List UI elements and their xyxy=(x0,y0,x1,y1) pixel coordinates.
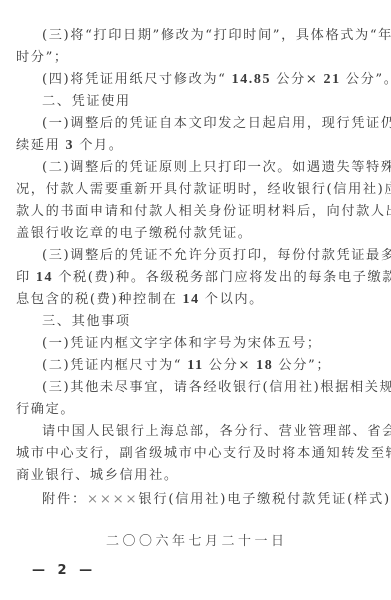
attachment-label: 附件： xyxy=(42,492,87,507)
paragraph-line: 商业银行、城乡信用社。 xyxy=(16,465,373,487)
paragraph-line: 息包含的税(费)种控制在 14 个以内。 xyxy=(16,289,373,311)
paragraph-line: 续延用 3 个月。 xyxy=(16,135,373,157)
document-page: (三)将“打印日期”修改为“打印时间”，具体格式为“年月日时分”；(四)将凭证用… xyxy=(0,0,391,600)
paragraph-line: (二)调整后的凭证原则上只打印一次。如遇遗失等特殊情 xyxy=(42,157,373,179)
attachment-title: 银行(信用社)电子缴税付款凭证(样式) xyxy=(138,492,391,507)
paragraph-line: (三)调整后的凭证不允许分页打印，每份付款凭证最多可打 xyxy=(42,245,373,267)
page-number: — 2 — xyxy=(32,563,96,578)
paragraph-line: (一)调整后的凭证自本文印发之日起启用，现行凭证仍可继 xyxy=(42,113,373,135)
paragraph-line: (三)其他未尽事宜，请各经收银行(信用社)根据相关规定自 xyxy=(42,377,373,399)
paragraph-line: 请中国人民银行上海总部，各分行、营业管理部、省会(首府) xyxy=(42,421,373,443)
paragraph-line: (三)将“打印日期”修改为“打印时间”，具体格式为“年月日 xyxy=(42,25,373,47)
paragraph-line: (二)凭证内框尺寸为“ 11 公分× 18 公分”； xyxy=(42,355,373,377)
paragraph-line: 印 14 个税(费)种。各级税务部门应将发出的每条电子缴款书信 xyxy=(16,267,373,289)
paragraph-line: 时分”； xyxy=(16,47,373,69)
paragraph-line: 城市中心支行，副省级城市中心支行及时将本通知转发至辖区内 xyxy=(16,443,373,465)
paragraph-line: 二、凭证使用 xyxy=(42,91,373,113)
paragraph-line: 盖银行收讫章的电子缴税付款凭证。 xyxy=(16,223,373,245)
attachment-line: 附件：××××银行(信用社)电子缴税付款凭证(样式) xyxy=(42,489,391,511)
paragraph-line: 行确定。 xyxy=(16,399,373,421)
paragraph-line: 款人的书面申请和付款人相关身份证明材料后，向付款人出具加 xyxy=(16,201,373,223)
attachment-placeholder: ×××× xyxy=(87,492,138,507)
paragraph-line: (四)将凭证用纸尺寸修改为“ 14.85 公分× 21 公分”。 xyxy=(42,69,373,91)
paragraph-line: (一)凭证内框文字字体和字号为宋体五号； xyxy=(42,333,373,355)
paragraph-line: 三、其他事项 xyxy=(42,311,373,333)
issue-date: 二〇〇六年七月二十一日 xyxy=(106,530,284,549)
paragraph-line: 况，付款人需要重新开具付款证明时，经收银行(信用社)应核实付 xyxy=(16,179,373,201)
